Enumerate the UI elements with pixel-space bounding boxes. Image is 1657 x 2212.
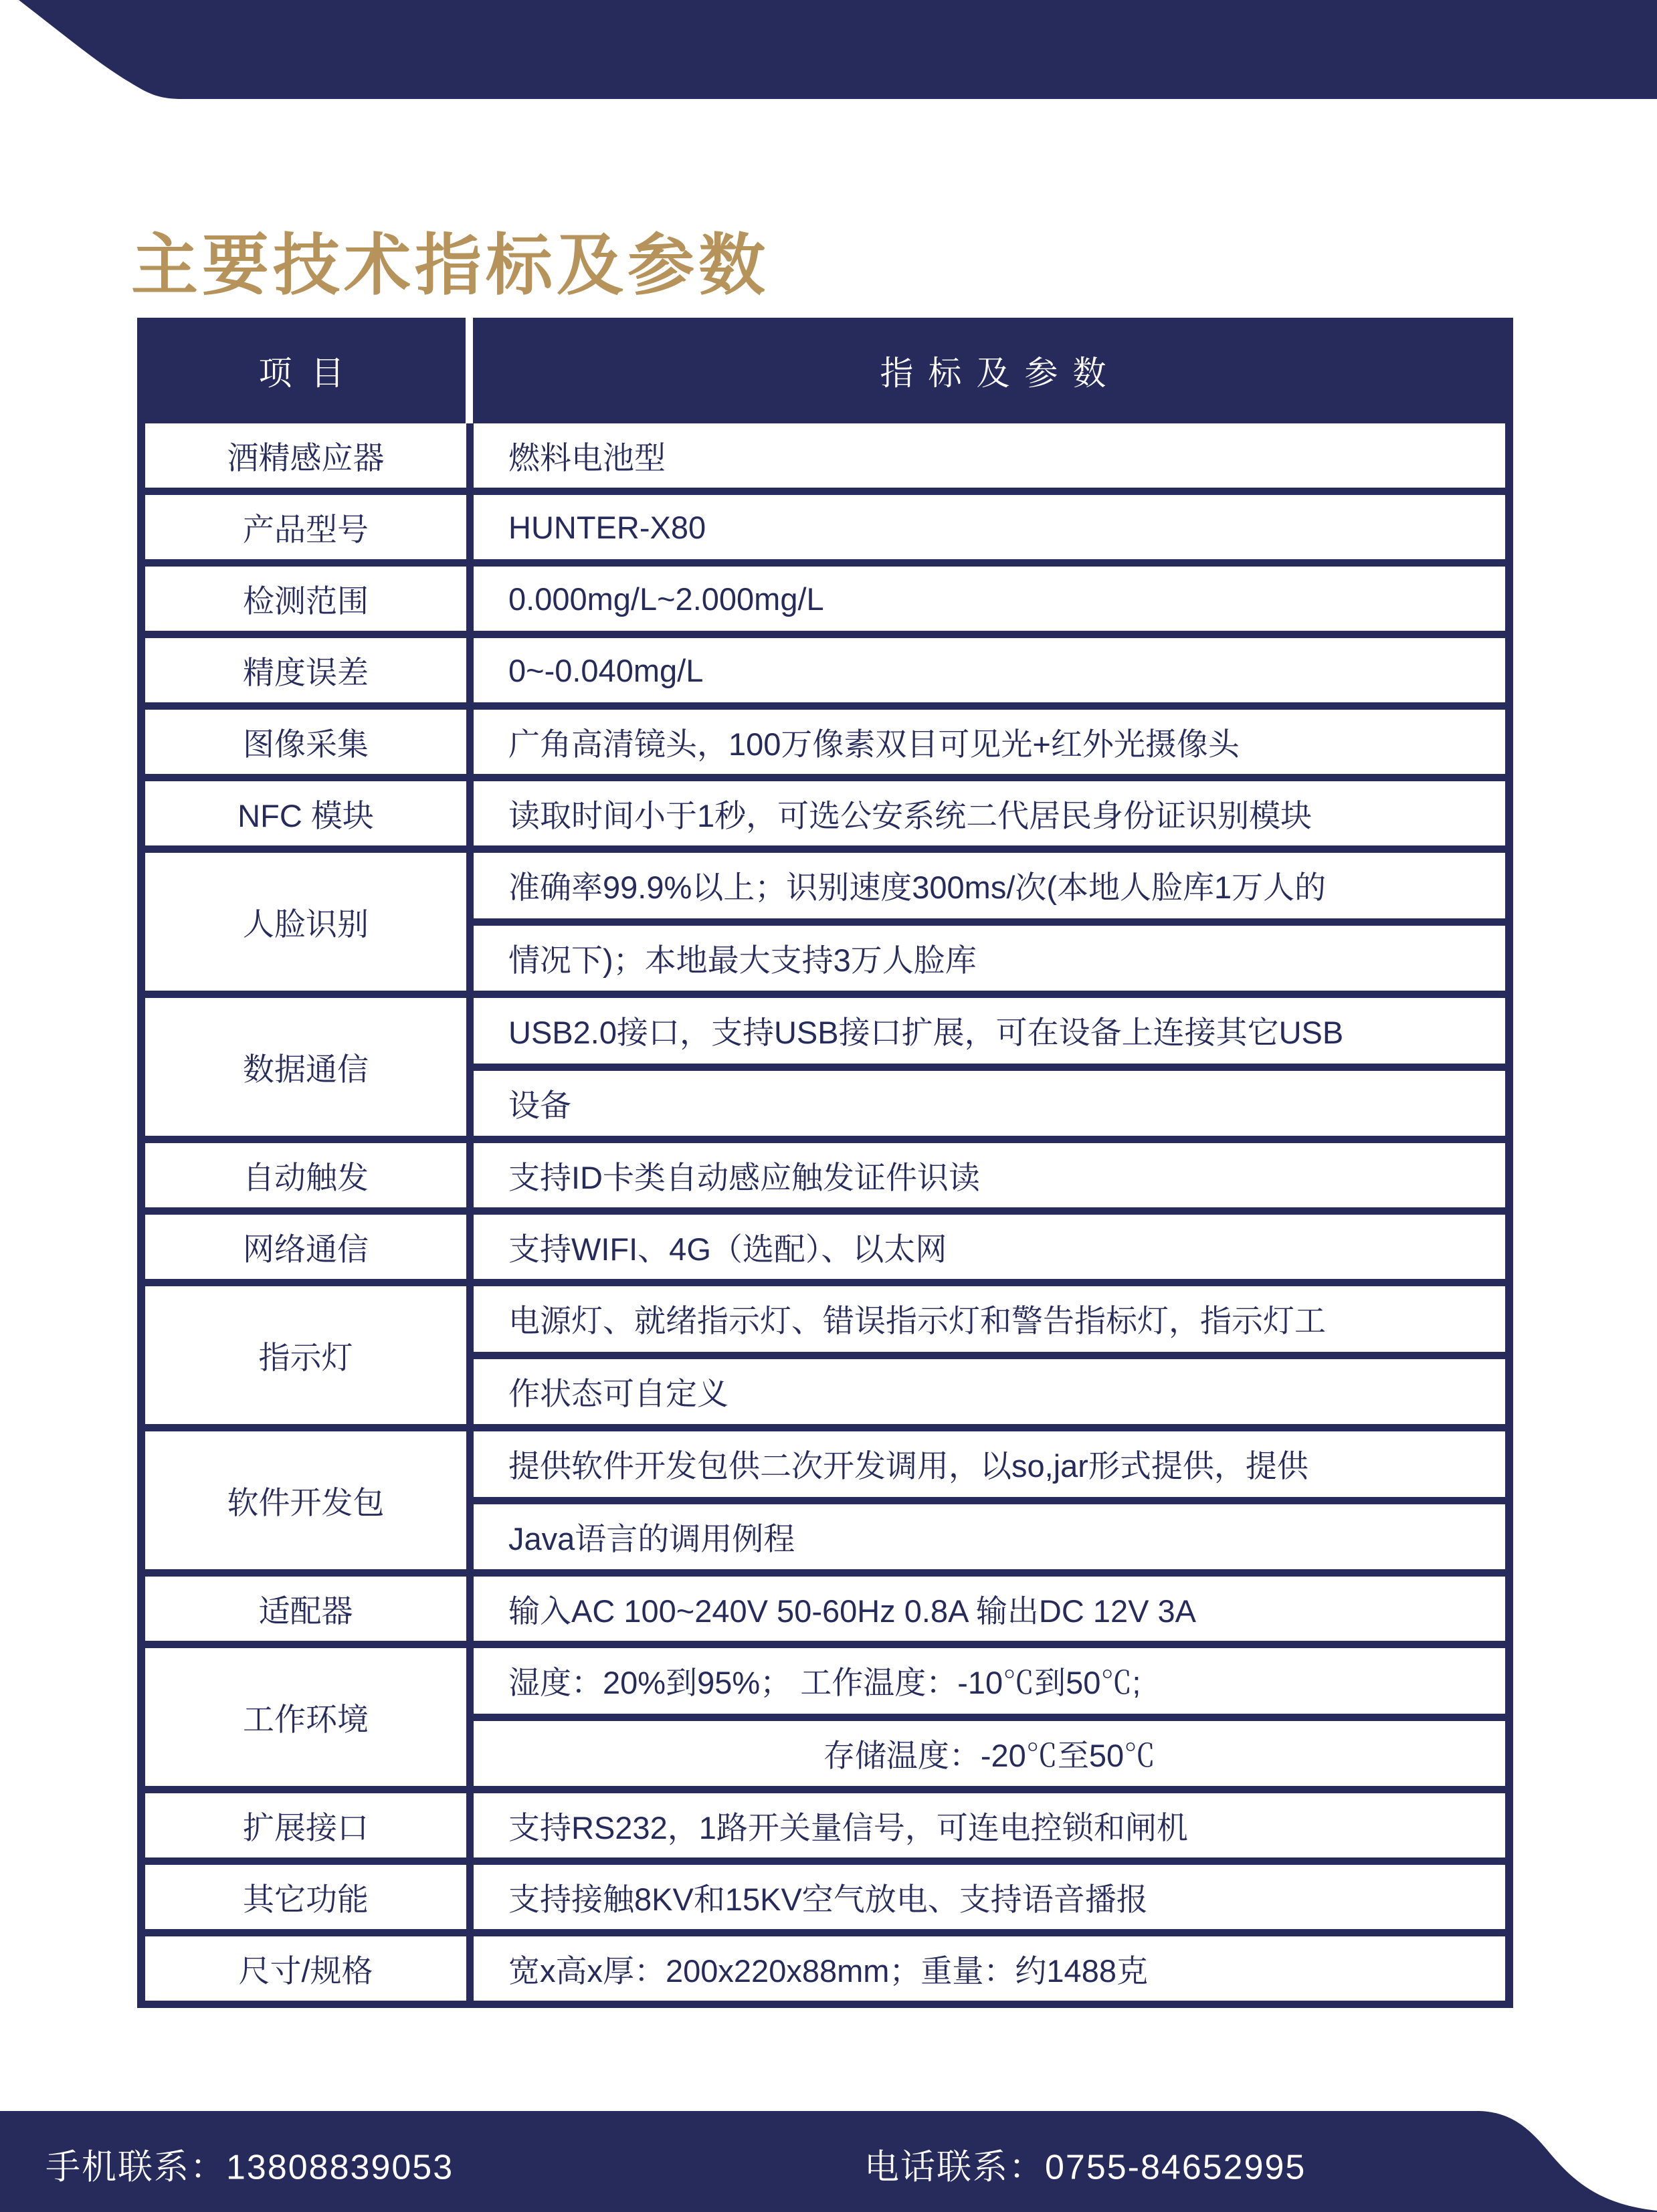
row-label: 产品型号 (145, 495, 474, 559)
row-value-line: 湿度：20%到95%； 工作温度：-10℃到50℃; (474, 1648, 1505, 1721)
row-label: 图像采集 (145, 710, 474, 774)
row-value-line: 支持ID卡类自动感应触发证件识读 (474, 1143, 1505, 1207)
page: 主要技术指标及参数 项目 指标及参数 酒精感应器 燃料电池型 产品型号 HUNT… (0, 0, 1657, 2212)
table-row: 尺寸/规格 宽x高x厚：200x220x88mm；重量：约1488克 (137, 1936, 1513, 2008)
row-value-line: 宽x高x厚：200x220x88mm；重量：约1488克 (474, 1936, 1505, 2001)
footer: 手机联系：13808839053 电话联系：0755-84652995 (0, 2111, 1657, 2212)
table-row: 自动触发 支持ID卡类自动感应触发证件识读 (137, 1143, 1513, 1215)
row-label: 扩展接口 (145, 1793, 474, 1857)
row-label: 指示灯 (145, 1286, 474, 1424)
row-value-line: 存储温度：-20℃至50℃ (474, 1721, 1505, 1787)
row-label: 检测范围 (145, 567, 474, 631)
table-row: 网络通信 支持WIFI、4G（选配）、以太网 (137, 1215, 1513, 1286)
row-value: 湿度：20%到95%； 工作温度：-10℃到50℃;存储温度：-20℃至50℃ (474, 1648, 1505, 1786)
table-row: 软件开发包 提供软件开发包供二次开发调用，以so,jar形式提供，提供Java语… (137, 1431, 1513, 1577)
table-row: 人脸识别 准确率99.9%以上；识别速度300ms/次(本地人脸库1万人的情况下… (137, 853, 1513, 998)
spec-table: 项目 指标及参数 酒精感应器 燃料电池型 产品型号 HUNTER-X80 检测范… (137, 318, 1513, 2008)
row-value-line: 输入AC 100~240V 50-60Hz 0.8A 输出DC 12V 3A (474, 1577, 1505, 1641)
row-value: 支持接触8KV和15KV空气放电、支持语音播报 (474, 1865, 1505, 1929)
row-value: 0~-0.040mg/L (474, 638, 1505, 702)
row-value-line: 支持WIFI、4G（选配）、以太网 (474, 1215, 1505, 1279)
footer-mobile-contact: 手机联系：13808839053 (45, 2138, 454, 2189)
row-value-line: 电源灯、就绪指示灯、错误指示灯和警告指标灯，指示灯工 (474, 1286, 1505, 1359)
row-label: 软件开发包 (145, 1431, 474, 1569)
row-value-line: HUNTER-X80 (474, 495, 1505, 559)
row-value-line: 设备 (474, 1071, 1505, 1136)
row-value-line: 支持RS232，1路开关量信号，可连电控锁和闸机 (474, 1793, 1505, 1857)
row-value-line: 作状态可自定义 (474, 1359, 1505, 1425)
row-label: NFC 模块 (145, 781, 474, 845)
row-label: 适配器 (145, 1577, 474, 1641)
row-value-line: 提供软件开发包供二次开发调用，以so,jar形式提供，提供 (474, 1431, 1505, 1504)
row-label: 数据通信 (145, 998, 474, 1136)
row-label: 其它功能 (145, 1865, 474, 1929)
table-header-item: 项目 (137, 318, 473, 423)
table-row: 酒精感应器 燃料电池型 (137, 423, 1513, 495)
table-row: NFC 模块 读取时间小于1秒，可选公安系统二代居民身份证识别模块 (137, 781, 1513, 853)
table-row: 适配器 输入AC 100~240V 50-60Hz 0.8A 输出DC 12V … (137, 1577, 1513, 1648)
row-value: 支持ID卡类自动感应触发证件识读 (474, 1143, 1505, 1207)
row-value: 支持WIFI、4G（选配）、以太网 (474, 1215, 1505, 1279)
row-value: 宽x高x厚：200x220x88mm；重量：约1488克 (474, 1936, 1505, 2001)
table-header-row: 项目 指标及参数 (137, 318, 1513, 423)
row-value-line: 支持接触8KV和15KV空气放电、支持语音播报 (474, 1865, 1505, 1929)
row-value-line: USB2.0接口，支持USB接口扩展，可在设备上连接其它USB (474, 998, 1505, 1071)
row-label: 网络通信 (145, 1215, 474, 1279)
row-label: 工作环境 (145, 1648, 474, 1786)
table-row: 其它功能 支持接触8KV和15KV空气放电、支持语音播报 (137, 1865, 1513, 1936)
row-value: 支持RS232，1路开关量信号，可连电控锁和闸机 (474, 1793, 1505, 1857)
table-row: 工作环境 湿度：20%到95%； 工作温度：-10℃到50℃;存储温度：-20℃… (137, 1648, 1513, 1793)
row-value-line: Java语言的调用例程 (474, 1504, 1505, 1570)
row-label: 精度误差 (145, 638, 474, 702)
row-value: 广角高清镜头，100万像素双目可见光+红外光摄像头 (474, 710, 1505, 774)
row-value: 0.000mg/L~2.000mg/L (474, 567, 1505, 631)
row-value-line: 广角高清镜头，100万像素双目可见光+红外光摄像头 (474, 710, 1505, 774)
table-row: 图像采集 广角高清镜头，100万像素双目可见光+红外光摄像头 (137, 710, 1513, 781)
table-header-spec: 指标及参数 (473, 318, 1513, 423)
header-band (0, 0, 1657, 100)
table-row: 产品型号 HUNTER-X80 (137, 495, 1513, 567)
row-value-line: 读取时间小于1秒，可选公安系统二代居民身份证识别模块 (474, 781, 1505, 845)
footer-phone-contact: 电话联系：0755-84652995 (864, 2138, 1306, 2189)
row-value: 读取时间小于1秒，可选公安系统二代居民身份证识别模块 (474, 781, 1505, 845)
table-row: 数据通信 USB2.0接口，支持USB接口扩展，可在设备上连接其它USB设备 (137, 998, 1513, 1143)
row-label: 尺寸/规格 (145, 1936, 474, 2001)
row-value-line: 燃料电池型 (474, 423, 1505, 488)
table-row: 检测范围 0.000mg/L~2.000mg/L (137, 567, 1513, 638)
row-value-line: 0.000mg/L~2.000mg/L (474, 567, 1505, 631)
table-body: 酒精感应器 燃料电池型 产品型号 HUNTER-X80 检测范围 0.000mg… (137, 423, 1513, 2008)
row-label: 人脸识别 (145, 853, 474, 991)
row-value: 电源灯、就绪指示灯、错误指示灯和警告指标灯，指示灯工作状态可自定义 (474, 1286, 1505, 1424)
row-value: 准确率99.9%以上；识别速度300ms/次(本地人脸库1万人的情况下)；本地最… (474, 853, 1505, 991)
row-value-line: 准确率99.9%以上；识别速度300ms/次(本地人脸库1万人的 (474, 853, 1505, 926)
row-value: HUNTER-X80 (474, 495, 1505, 559)
row-value-line: 情况下)；本地最大支持3万人脸库 (474, 926, 1505, 991)
row-value: USB2.0接口，支持USB接口扩展，可在设备上连接其它USB设备 (474, 998, 1505, 1136)
table-row: 扩展接口 支持RS232，1路开关量信号，可连电控锁和闸机 (137, 1793, 1513, 1865)
row-label: 酒精感应器 (145, 423, 474, 488)
row-value-line: 0~-0.040mg/L (474, 638, 1505, 702)
table-row: 指示灯 电源灯、就绪指示灯、错误指示灯和警告指标灯，指示灯工作状态可自定义 (137, 1286, 1513, 1431)
table-row: 精度误差 0~-0.040mg/L (137, 638, 1513, 710)
page-title: 主要技术指标及参数 (131, 211, 769, 308)
row-value: 燃料电池型 (474, 423, 1505, 488)
row-label: 自动触发 (145, 1143, 474, 1207)
row-value: 输入AC 100~240V 50-60Hz 0.8A 输出DC 12V 3A (474, 1577, 1505, 1641)
row-value: 提供软件开发包供二次开发调用，以so,jar形式提供，提供Java语言的调用例程 (474, 1431, 1505, 1569)
